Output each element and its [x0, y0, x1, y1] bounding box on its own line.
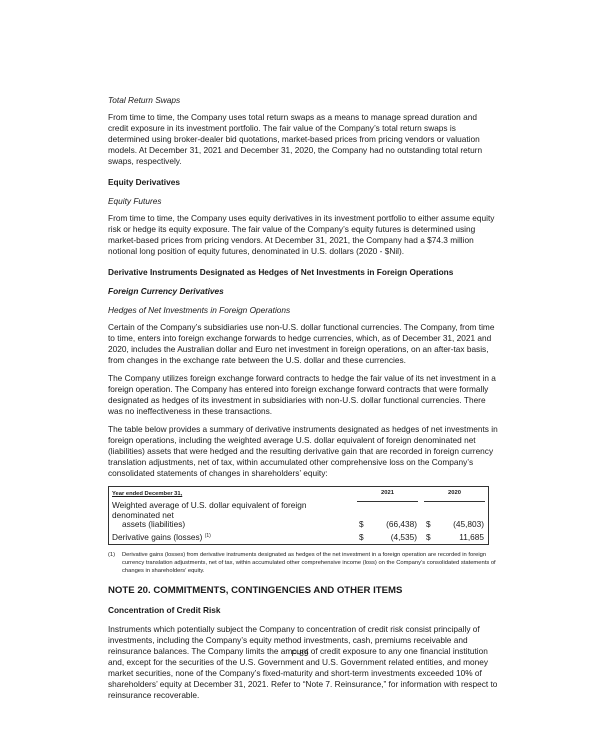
currency-symbol: $	[357, 501, 373, 530]
trs-title: Total Return Swaps	[108, 95, 498, 106]
table-row: Weighted average of U.S. dollar equivale…	[112, 501, 485, 530]
year-2020: 2020	[424, 489, 485, 501]
currency-symbol: $	[357, 532, 373, 543]
equity-heading: Equity Derivatives	[108, 177, 498, 188]
trs-body: From time to time, the Company uses tota…	[108, 112, 498, 167]
row-label: Derivative gains (losses)	[112, 532, 202, 542]
equity-body: From time to time, the Company uses equi…	[108, 213, 498, 257]
value-2021: (4,535)	[373, 532, 418, 543]
hedges-subsubheading: Hedges of Net Investments in Foreign Ope…	[108, 305, 498, 316]
value-2021: (66,438)	[373, 501, 418, 530]
footnote: (1) Derivative gains (losses) from deriv…	[108, 551, 498, 575]
hedges-heading: Derivative Instruments Designated as Hed…	[108, 267, 498, 278]
value-2020: (45,803)	[440, 501, 485, 530]
table-row: Derivative gains (losses) (1) $ (4,535) …	[112, 532, 485, 543]
row-label-cont: assets (liabilities)	[112, 520, 351, 530]
page-number: F-89	[0, 648, 600, 658]
hedges-para2: The Company utilizes foreign exchange fo…	[108, 373, 498, 417]
currency-symbol: $	[424, 532, 440, 543]
document-page: Total Return Swaps From time to time, th…	[108, 95, 498, 708]
hedges-para3: The table below provides a summary of de…	[108, 424, 498, 479]
note20-title: NOTE 20. COMMITMENTS, CONTINGENCIES AND …	[108, 585, 498, 597]
currency-symbol: $	[424, 501, 440, 530]
hedges-subheading: Foreign Currency Derivatives	[108, 286, 498, 297]
hedges-table: Year ended December 31, 2021 2020 Weight…	[108, 486, 489, 545]
value-2020: 11,685	[440, 532, 485, 543]
year-2021: 2021	[357, 489, 418, 501]
footnote-marker: (1)	[108, 551, 122, 575]
hedges-para1: Certain of the Company’s subsidiaries us…	[108, 322, 498, 366]
equity-subheading: Equity Futures	[108, 196, 498, 207]
footnote-text: Derivative gains (losses) from derivativ…	[122, 551, 498, 575]
row-label: Weighted average of U.S. dollar equivale…	[112, 501, 351, 520]
note20-subheading: Concentration of Credit Risk	[108, 605, 498, 616]
note20-body: Instruments which potentially subject th…	[108, 624, 498, 701]
footnote-ref: (1)	[205, 533, 211, 539]
